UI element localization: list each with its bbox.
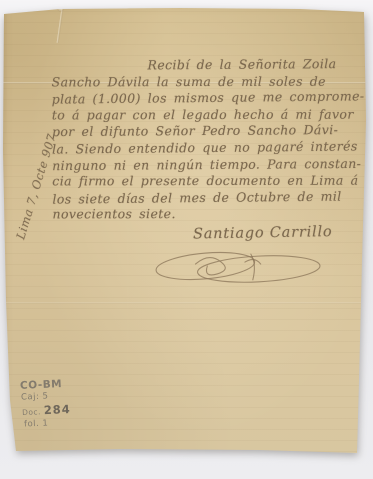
paper-scratch	[57, 9, 64, 43]
paper-flaw	[57, 3, 64, 12]
handwritten-body: Recibí de la Señorita Zoila Sancho Dávil…	[51, 56, 358, 224]
body-line: to á pagar con el legado hecho á mi favo…	[52, 106, 358, 123]
doc-label: Doc.	[22, 407, 41, 417]
doc-number: 284	[43, 402, 71, 417]
scan-backdrop: Recibí de la Señorita Zoila Sancho Dávil…	[0, 0, 373, 479]
archival-collection-code: CO-BM	[20, 378, 63, 392]
archival-folio-number: fol. 1	[24, 418, 49, 429]
fold-crease-bottom	[0, 302, 373, 304]
signature-name: Santiago Carrillo	[193, 224, 363, 243]
archival-box-number: Caj: 5	[21, 391, 49, 402]
signature-rubric-icon	[148, 242, 326, 292]
body-line: plata (1.000) los mismos que me comprome…	[52, 89, 358, 109]
body-line: la. Siendo entendido que no pagaré inter…	[52, 138, 358, 158]
archival-document-number: Doc. 284	[22, 402, 71, 418]
paper-sheet: Recibí de la Señorita Zoila Sancho Dávil…	[0, 0, 373, 479]
body-line: novecientos siete.	[53, 206, 359, 223]
body-line: cia firmo el presente documento en Lima …	[52, 173, 358, 190]
body-line: Recibí de la Señorita Zoila	[51, 56, 357, 75]
body-line: ninguno ni en ningún tiempo. Para consta…	[52, 155, 358, 174]
